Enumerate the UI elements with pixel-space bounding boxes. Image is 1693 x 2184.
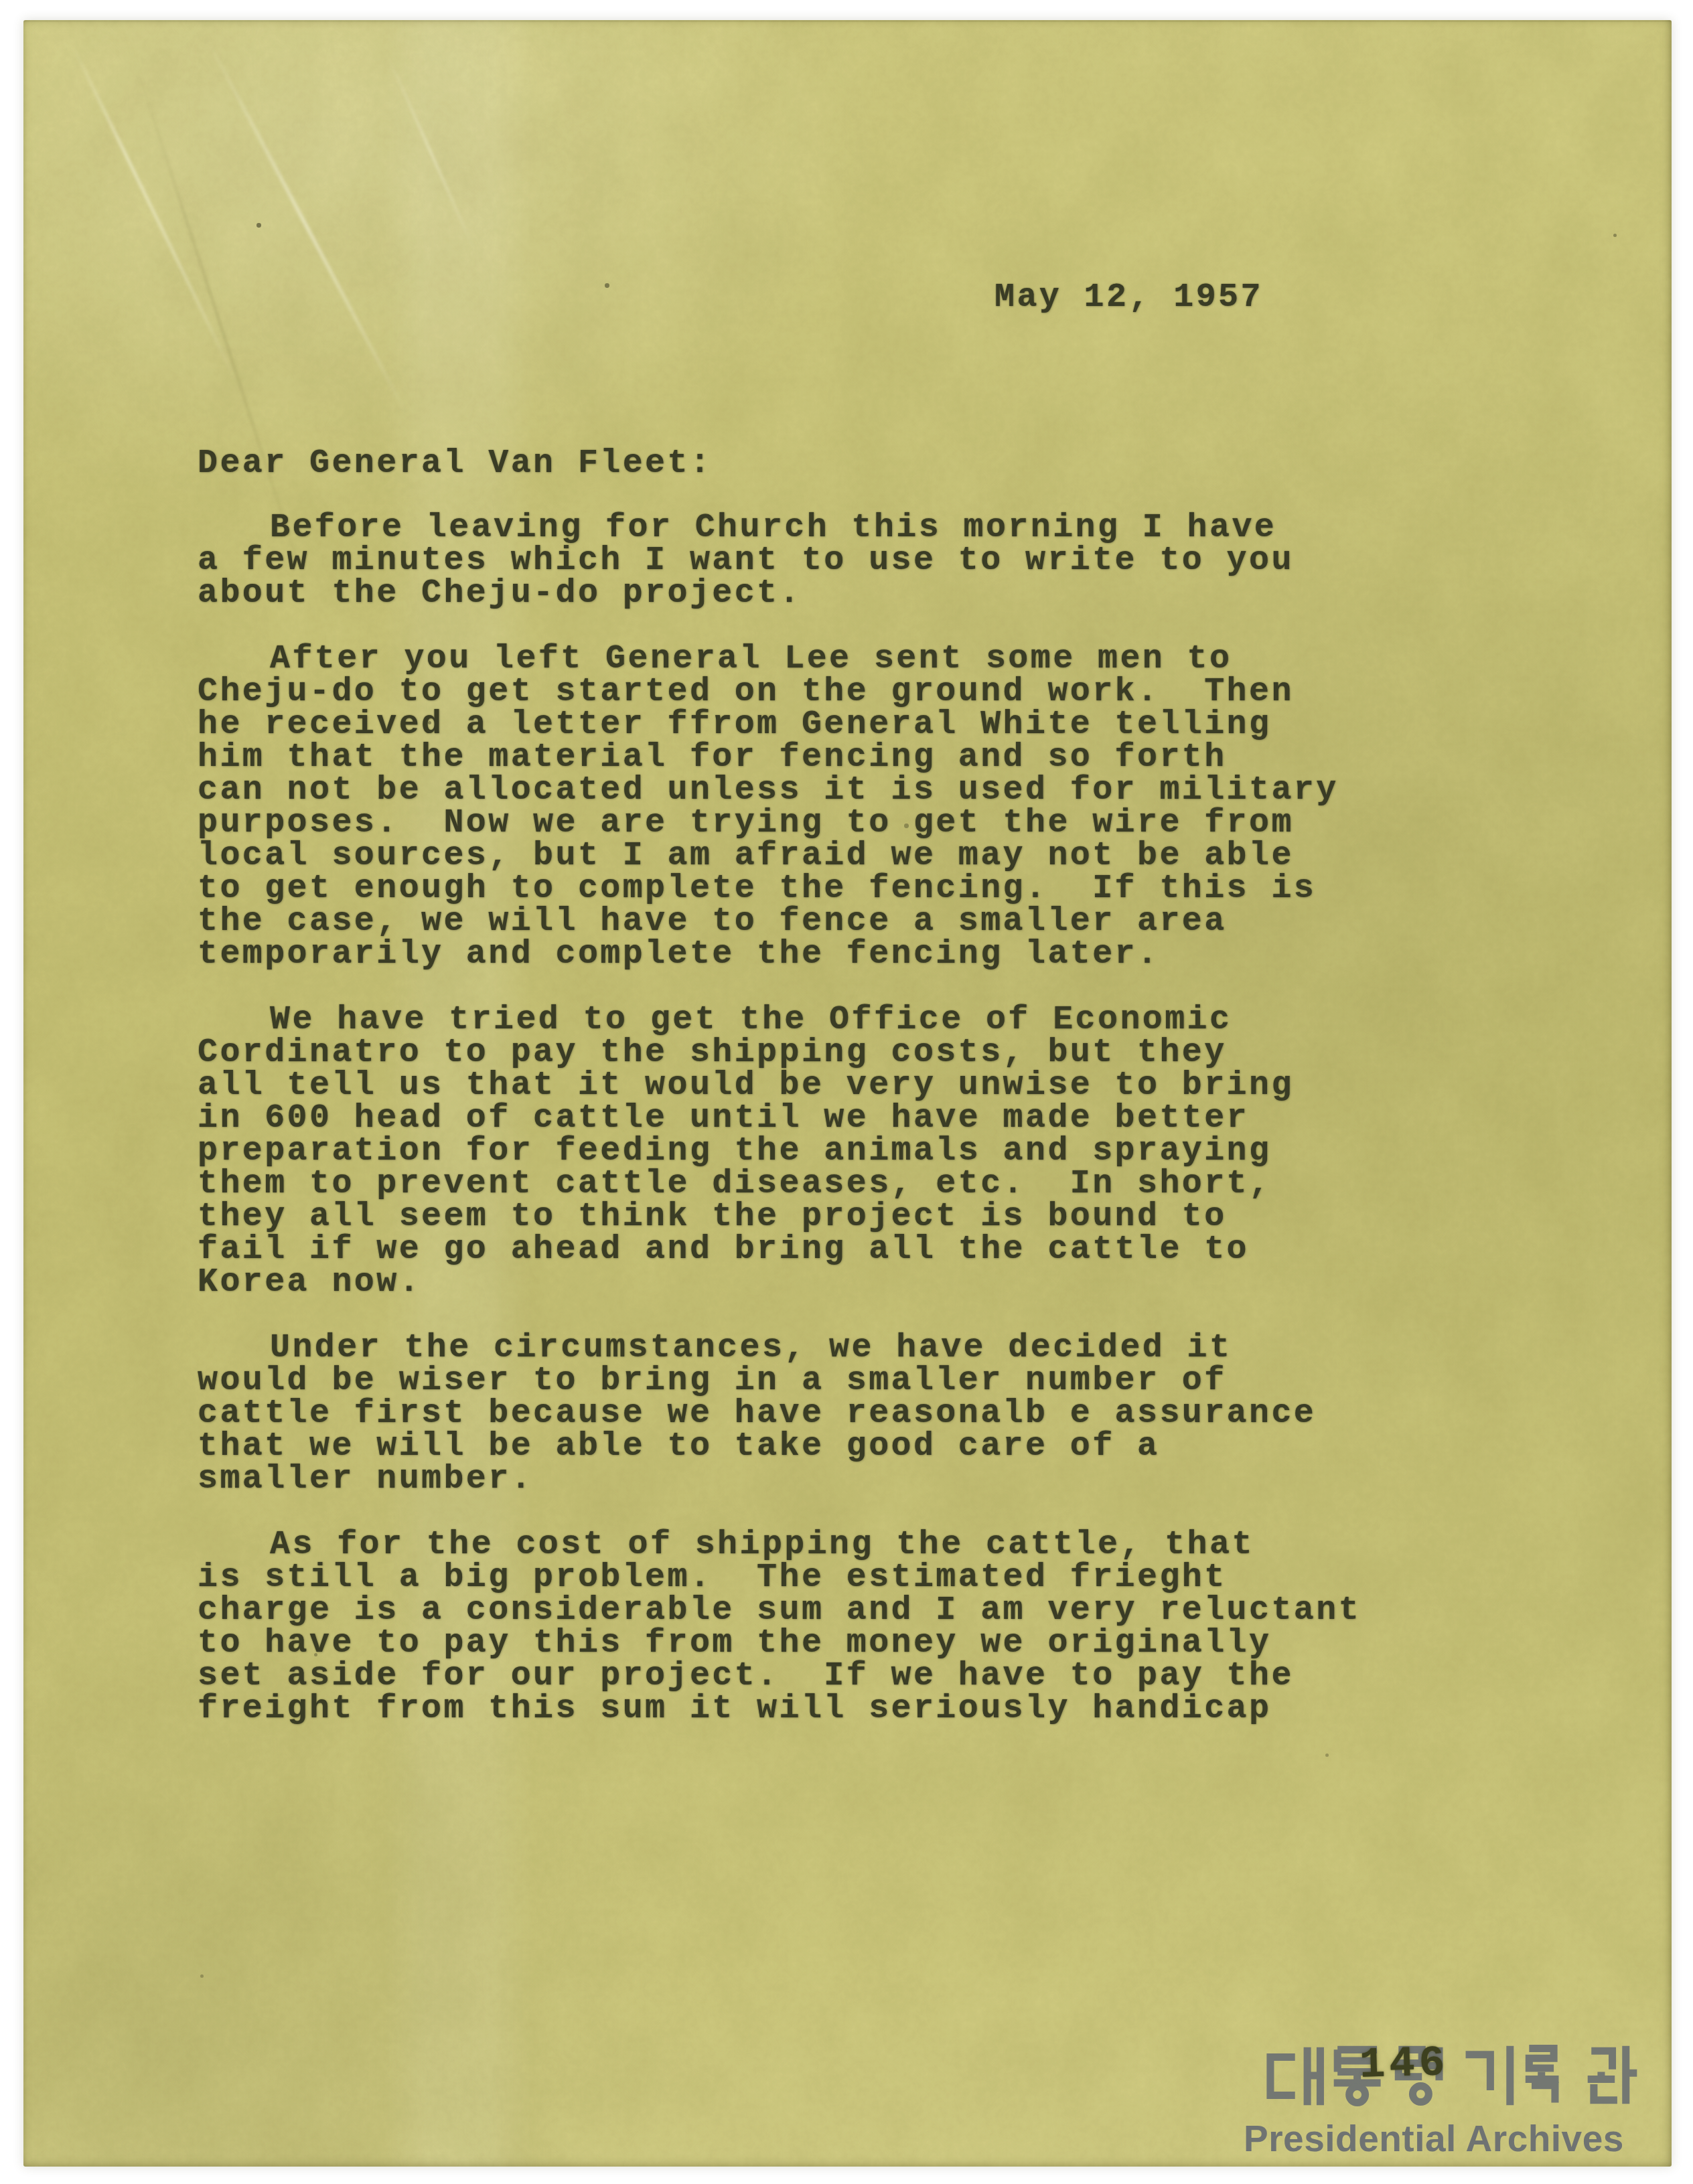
- letter-line: him that the material for fencing and so…: [198, 741, 1443, 774]
- letter-salutation: Dear General Van Fleet:: [198, 447, 712, 480]
- letter-line: he received a letter ffrom General White…: [198, 708, 1443, 741]
- paper-crease: [385, 52, 477, 254]
- letter-line: Before leaving for Church this morning I…: [198, 512, 1443, 544]
- letter-line: freight from this sum it will seriously …: [198, 1693, 1443, 1725]
- letter-line: preparation for feeding the animals and …: [198, 1135, 1443, 1168]
- letter-line: that we will be able to take good care o…: [198, 1430, 1443, 1463]
- letter-line: We have tried to get the Office of Econo…: [198, 1004, 1443, 1036]
- letter-line: smaller number.: [198, 1463, 1443, 1496]
- letter-line: charge is a considerable sum and I am ve…: [198, 1594, 1443, 1627]
- letter-date: May 12, 1957: [995, 281, 1263, 314]
- letter-paragraph: As for the cost of shipping the cattle, …: [198, 1529, 1443, 1725]
- letter-line: to have to pay this from the money we or…: [198, 1627, 1443, 1660]
- paper-specks: [23, 20, 25, 22]
- letter-body: Before leaving for Church this morning I…: [198, 512, 1443, 1725]
- letter-line: Korea now.: [198, 1266, 1443, 1299]
- letter-line: set aside for our project. If we have to…: [198, 1660, 1443, 1693]
- paper-crease: [204, 36, 409, 416]
- letter-line: the case, we will have to fence a smalle…: [198, 905, 1443, 938]
- letter-paragraph: We have tried to get the Office of Econo…: [198, 1004, 1443, 1299]
- letter-line: As for the cost of shipping the cattle, …: [198, 1529, 1443, 1561]
- letter-page: May 12, 1957 Dear General Van Fleet: Bef…: [23, 20, 1672, 2167]
- letter-line: to get enough to complete the fencing. I…: [198, 872, 1443, 905]
- letter-line: fail if we go ahead and bring all the ca…: [198, 1233, 1443, 1266]
- letter-line: purposes. Now we are trying to get the w…: [198, 807, 1443, 840]
- letter-line: a few minutes which I want to use to wri…: [198, 544, 1443, 577]
- scan-background: May 12, 1957 Dear General Van Fleet: Bef…: [0, 0, 1693, 2184]
- page-number-stamp: 146: [1359, 2042, 1449, 2087]
- letter-paragraph: After you left General Lee sent some men…: [198, 643, 1443, 971]
- letter-paragraph: Before leaving for Church this morning I…: [198, 512, 1443, 610]
- letter-paragraph: Under the circumstances, we have decided…: [198, 1332, 1443, 1496]
- letter-line: cattle first because we have reasonalb e…: [198, 1397, 1443, 1430]
- letter-line: they all seem to think the project is bo…: [198, 1200, 1443, 1233]
- letter-line: can not be allocated unless it is used f…: [198, 774, 1443, 807]
- letter-line: all tell us that it would be very unwise…: [198, 1069, 1443, 1102]
- letter-line: local sources, but I am afraid we may no…: [198, 840, 1443, 872]
- letter-line: about the Cheju-do project.: [198, 577, 1443, 610]
- paper-crease: [70, 43, 237, 381]
- letter-line: would be wiser to bring in a smaller num…: [198, 1364, 1443, 1397]
- letter-line: After you left General Lee sent some men…: [198, 643, 1443, 676]
- watermark-korean-icon: [1244, 2045, 1666, 2106]
- letter-line: in 600 head of cattle until we have made…: [198, 1102, 1443, 1135]
- watermark-english: Presidential Archives: [1244, 2118, 1624, 2159]
- letter-line: Under the circumstances, we have decided…: [198, 1332, 1443, 1364]
- watermark-korean: 대통령기록관: [1244, 2045, 1666, 2106]
- letter-line: Cordinatro to pay the shipping costs, bu…: [198, 1036, 1443, 1069]
- letter-line: is still a big problem. The estimated fr…: [198, 1561, 1443, 1594]
- letter-line: them to prevent cattle diseases, etc. In…: [198, 1168, 1443, 1200]
- letter-line: Cheju-do to get started on the ground wo…: [198, 676, 1443, 708]
- letter-line: temporarily and complete the fencing lat…: [198, 938, 1443, 971]
